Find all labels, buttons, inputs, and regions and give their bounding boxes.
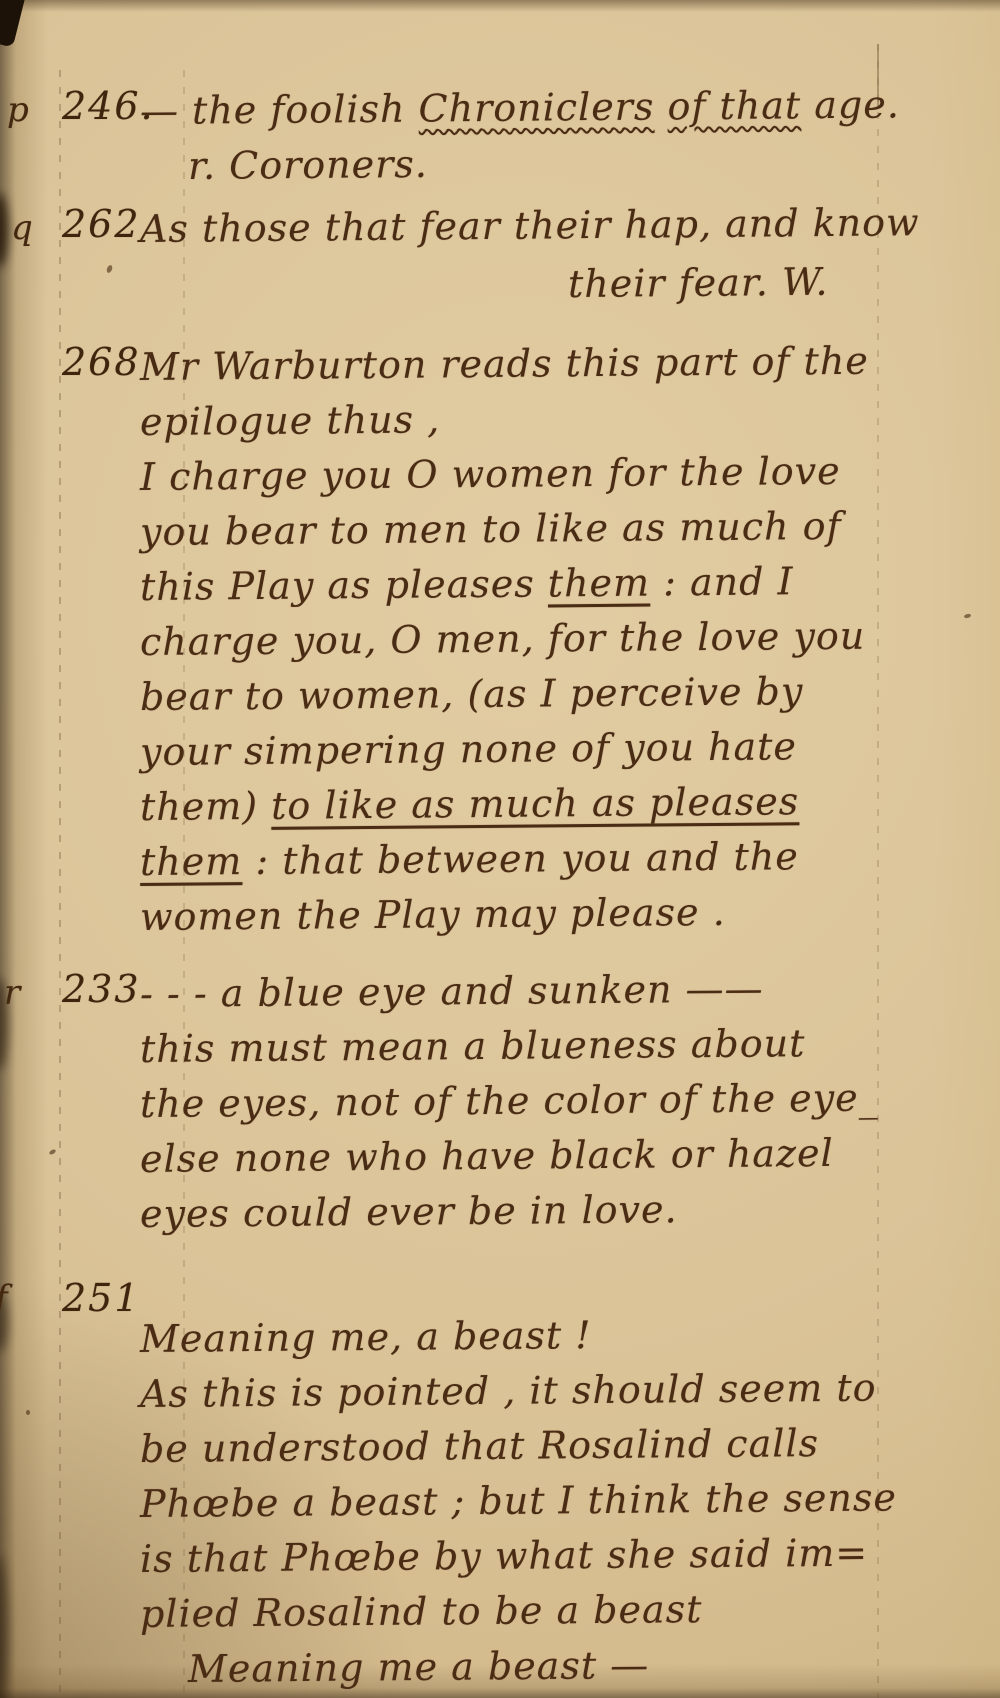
handwriting-line: — the foolish Chroniclers of that age.	[140, 76, 1000, 139]
handwriting-line: Mr Warburton reads this part of the	[140, 332, 1000, 395]
handwriting-line: - - - a blue eye and sunken ——	[140, 959, 1000, 1022]
handwriting-text: bear to women, (as I perceive by	[140, 669, 804, 719]
handwriting-line: I charge you O women for the love	[140, 442, 1000, 505]
entries: p246.— the foolish Chroniclers of that a…	[0, 84, 1000, 1697]
margin-letter: f	[0, 1278, 8, 1318]
handwriting-text: this must mean a blueness about	[140, 1021, 806, 1071]
handwriting-text: charge you, O men, for the love you	[140, 614, 866, 664]
page-corner-mark	[0, 0, 26, 48]
handwriting-text: : that between you and the	[242, 834, 799, 883]
handwriting-text: Meaning me, a beast !	[140, 1313, 592, 1361]
handwriting-text: your simpering none of you hate	[140, 724, 797, 774]
handwriting-text: I charge you O women for the love	[140, 449, 841, 499]
handwriting-text: Chroniclers	[418, 85, 654, 131]
handwriting-text: As those that fear their hap, and know	[140, 200, 920, 251]
entry-line-number: 233	[62, 967, 141, 1011]
handwriting-line: their fear. W.	[568, 253, 1000, 312]
handwriting-text: Phœbe a beast ; but I think the sense	[140, 1475, 897, 1526]
handwriting-line: this must mean a blueness about	[140, 1014, 1000, 1077]
handwriting-text: them)	[140, 784, 272, 829]
handwriting-line: your simpering none of you hate	[140, 717, 1000, 780]
handwriting-line: Meaning me, a beast !	[140, 1304, 1000, 1367]
handwriting-line: r. Coroners.	[188, 132, 1000, 194]
handwriting-text	[654, 84, 667, 128]
entry-text-block: - - - a blue eye and sunken ——this must …	[140, 967, 1000, 1242]
handwriting-text: to like as much as pleases	[271, 779, 799, 828]
handwriting-text: their fear. W.	[568, 260, 829, 306]
handwriting-line: them) to like as much as pleases	[140, 772, 1000, 835]
handwriting-text: age.	[801, 82, 900, 127]
handwriting-text: - - - a blue eye and sunken ——	[140, 967, 764, 1016]
handwriting-line: else none who have black or hazel	[140, 1124, 1000, 1187]
handwriting-text: As this is pointed , it should seem to	[140, 1366, 877, 1416]
handwriting-line: plied Rosalind to be a beast	[140, 1579, 1000, 1642]
manuscript-page: p246.— the foolish Chroniclers of that a…	[0, 0, 1000, 1698]
handwriting-text: — the foolish	[140, 87, 419, 133]
handwriting-text: them	[548, 561, 651, 606]
handwriting-text: r. Coroners.	[188, 142, 428, 188]
handwriting-text: be understood that Rosalind calls	[140, 1421, 819, 1471]
manuscript-entry: q262As those that fear their hap, and kn…	[0, 202, 1000, 312]
margin-letter: q	[11, 208, 33, 248]
handwriting-line: them : that between you and the	[140, 827, 1000, 890]
handwriting-text: : and I	[650, 559, 794, 604]
entry-text-block: — the foolish Chroniclers of that age.r.…	[140, 84, 1000, 194]
handwriting-text: the eyes, not of the color of the eye_	[140, 1076, 879, 1126]
handwriting-text: you bear to men to like as much of	[140, 504, 842, 554]
handwriting-line: As this is pointed , it should seem to	[140, 1359, 1000, 1422]
handwriting-line: eyes could ever be in love.	[140, 1179, 1000, 1242]
handwriting-line: you bear to men to like as much of	[140, 497, 1000, 560]
handwriting-line: Phœbe a beast ; but I think the sense	[140, 1469, 1000, 1532]
handwriting-line: women the Play may please .	[140, 882, 1000, 945]
handwriting-line: Meaning me a beast —	[188, 1635, 1000, 1697]
handwriting-line: this Play as pleases them : and I	[140, 552, 1000, 615]
entry-text-block: Mr Warburton reads this part of theepilo…	[140, 340, 1000, 945]
handwriting-line: be understood that Rosalind calls	[140, 1414, 1000, 1477]
manuscript-entry: r233- - - a blue eye and sunken ——this m…	[0, 967, 1000, 1242]
entry-text-block: As those that fear their hap, and knowth…	[140, 202, 1000, 312]
handwriting-line: charge you, O men, for the love you	[140, 607, 1000, 670]
handwriting-text: epilogue thus ,	[140, 397, 441, 444]
entry-text-block: Meaning me, a beast !As this is pointed …	[140, 1272, 1000, 1697]
margin-letter: p	[7, 90, 29, 130]
handwriting-line: As those that fear their hap, and know	[140, 194, 1000, 257]
handwriting-text: is that Phœbe by what she said im=	[140, 1531, 869, 1581]
handwriting-text: women the Play may please .	[140, 890, 726, 939]
handwriting-line: the eyes, not of the color of the eye_	[140, 1069, 1000, 1132]
entry-line-number: 262	[62, 202, 141, 246]
entry-line-number: 268	[62, 340, 141, 384]
handwriting-line: epilogue thus ,	[140, 387, 1000, 450]
handwriting-line: bear to women, (as I perceive by	[140, 662, 1000, 725]
handwriting-text: of that	[667, 83, 801, 128]
handwriting-text: Meaning me a beast —	[188, 1643, 650, 1691]
handwriting-text: eyes could ever be in love.	[140, 1187, 678, 1236]
handwriting-line: is that Phœbe by what she said im=	[140, 1524, 1000, 1587]
manuscript-entry: 268Mr Warburton reads this part of theep…	[0, 340, 1000, 945]
handwriting-text: else none who have black or hazel	[140, 1131, 834, 1181]
manuscript-entry: p246.— the foolish Chroniclers of that a…	[0, 84, 1000, 194]
handwriting-text: plied Rosalind to be a beast	[140, 1587, 703, 1636]
margin-letter: r	[4, 973, 20, 1013]
manuscript-entry: f251Meaning me, a beast !As this is poin…	[0, 1272, 1000, 1697]
entry-line-number: 251	[62, 1276, 141, 1320]
handwriting-text: this Play as pleases	[140, 561, 548, 609]
handwriting-text: them	[140, 839, 243, 884]
handwriting-text: Mr Warburton reads this part of the	[140, 339, 869, 389]
